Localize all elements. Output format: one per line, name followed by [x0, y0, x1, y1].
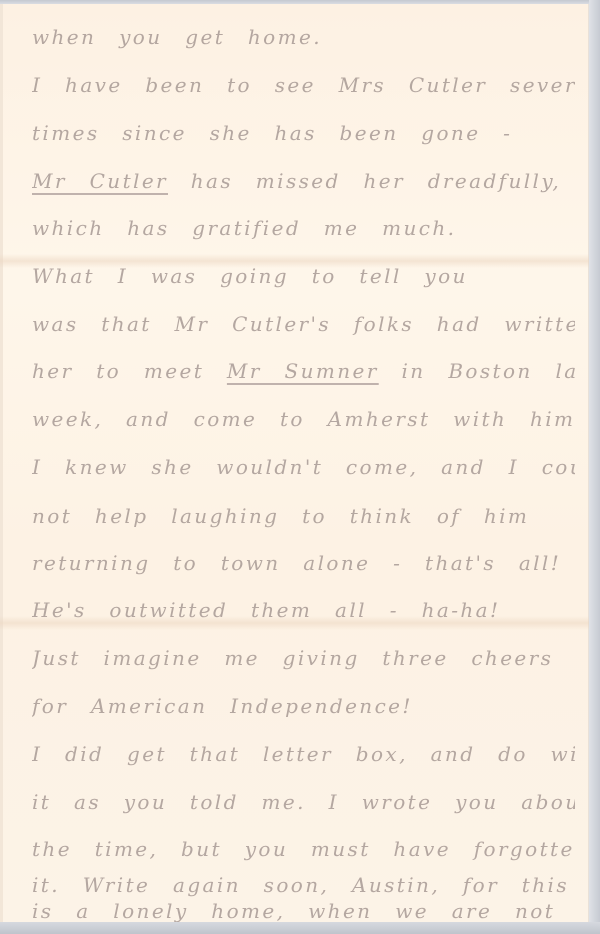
- handwritten-line: it as you told me. I wrote you about: [32, 787, 575, 817]
- line-text: her to meet: [32, 359, 227, 383]
- line-text: not help laughing to think of him: [32, 504, 529, 528]
- line-text: Just imagine me giving three cheers: [32, 646, 553, 670]
- line-text: which has gratified me much.: [32, 216, 456, 240]
- handwritten-line: I knew she wouldn't come, and I could: [32, 452, 575, 482]
- handwritten-line: I did get that letter box, and do with: [32, 739, 575, 769]
- scanned-letter-page: when you get home. I have been to see Mr…: [0, 0, 600, 934]
- line-text: I have been to see Mrs Cutler several: [32, 73, 575, 97]
- line-text: has missed her dreadfully,: [168, 169, 561, 193]
- scan-bottom-border: [0, 922, 600, 934]
- line-text: it as you told me. I wrote you about: [32, 790, 575, 814]
- line-text: He's outwitted them all - ha-ha!: [32, 598, 500, 622]
- line-text: I did get that letter box, and do with: [32, 742, 575, 766]
- line-text: week, and come to Amherst with him -: [32, 407, 575, 431]
- line-text: was that Mr Cutler's folks had written: [32, 312, 575, 336]
- underlined-name: Mr Cutler: [32, 169, 168, 193]
- handwritten-line: week, and come to Amherst with him -: [32, 404, 575, 434]
- handwritten-line: Just imagine me giving three cheers: [32, 643, 575, 673]
- handwritten-line: Mr Cutler has missed her dreadfully,: [32, 166, 575, 196]
- line-text: it. Write again soon, Austin, for this: [32, 873, 569, 897]
- handwritten-line: I have been to see Mrs Cutler several: [32, 70, 575, 100]
- line-text: is a lonely home, when we are not all he…: [32, 899, 575, 922]
- line-text: What I was going to tell you: [32, 264, 468, 288]
- handwritten-line: her to meet Mr Sumner in Boston last: [32, 356, 575, 386]
- line-text: the time, but you must have forgotten: [32, 837, 575, 861]
- line-text: times since she has been gone -: [32, 121, 512, 145]
- handwritten-line: for American Independence!: [32, 691, 575, 721]
- line-text: in Boston last: [379, 359, 575, 383]
- handwritten-line: returning to town alone - that's all!: [32, 548, 575, 578]
- letter-paper: when you get home. I have been to see Mr…: [0, 4, 589, 922]
- line-text: for American Independence!: [32, 694, 413, 718]
- handwritten-line: the time, but you must have forgotten: [32, 834, 575, 864]
- handwritten-line: was that Mr Cutler's folks had written: [32, 309, 575, 339]
- handwritten-line: What I was going to tell you: [32, 261, 575, 291]
- line-text: when you get home.: [32, 25, 322, 49]
- handwritten-line: is a lonely home, when we are not all he…: [32, 896, 575, 922]
- handwritten-text-body: when you get home. I have been to see Mr…: [0, 4, 589, 922]
- handwritten-line: times since she has been gone -: [32, 118, 575, 148]
- handwritten-line: not help laughing to think of him: [32, 501, 575, 531]
- handwritten-line: which has gratified me much.: [32, 213, 575, 243]
- handwritten-line: He's outwitted them all - ha-ha!: [32, 595, 575, 625]
- underlined-name: Mr Sumner: [227, 359, 379, 383]
- handwritten-line: when you get home.: [32, 22, 575, 52]
- line-text: returning to town alone - that's all!: [32, 551, 561, 575]
- scan-right-border: [589, 0, 600, 934]
- line-text: I knew she wouldn't come, and I could: [32, 455, 575, 479]
